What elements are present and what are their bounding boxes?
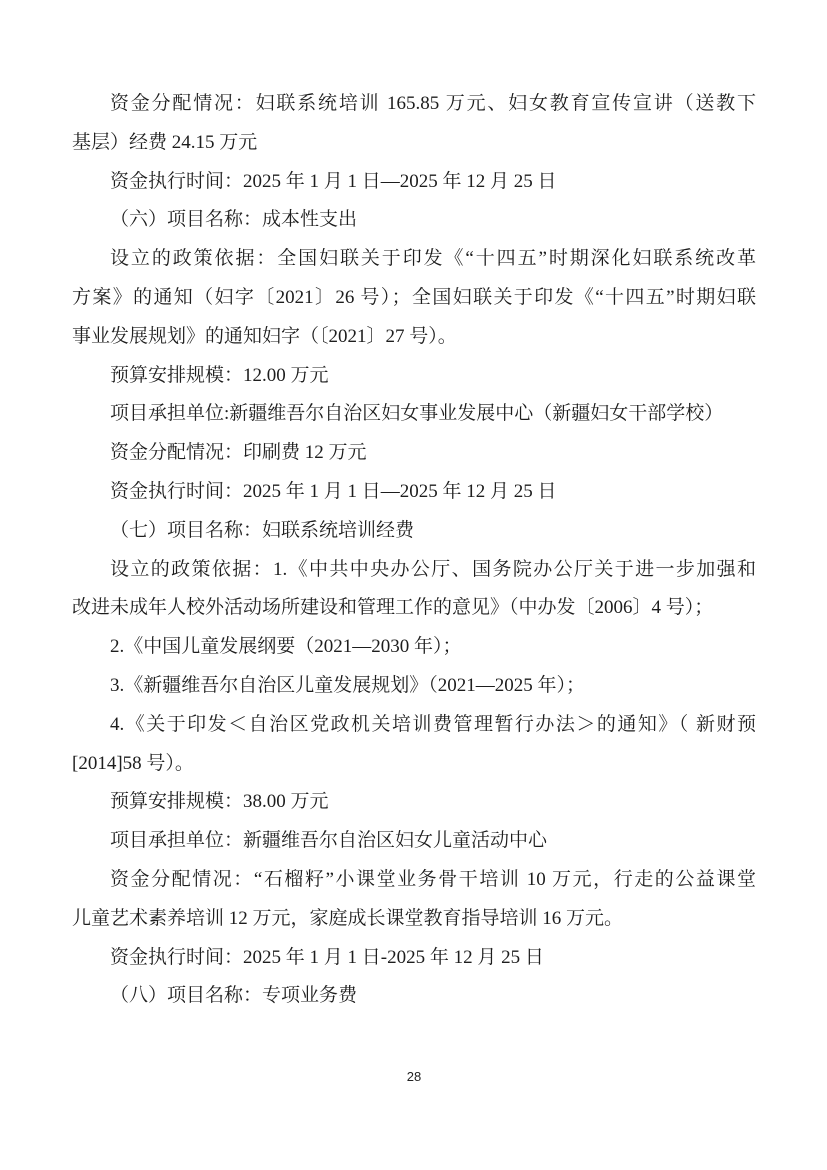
document-line-17: 4.《关于印发＜自治区党政机关培训费管理暂行办法＞的通知》（ 新财预 xyxy=(72,706,756,745)
document-line-23: 资金执行时间：2025 年 1 月 1 日-2025 年 12 月 25 日 xyxy=(72,939,756,978)
document-line-4: （六）项目名称：成本性支出 xyxy=(72,201,756,240)
document-line-20: 项目承担单位：新疆维吾尔自治区妇女儿童活动中心 xyxy=(72,822,756,861)
document-line-5: 设立的政策依据：全国妇联关于印发《“十四五”时期深化妇联系统改革 xyxy=(72,240,756,279)
document-line-19: 预算安排规模：38.00 万元 xyxy=(72,783,756,822)
document-line-9: 项目承担单位:新疆维吾尔自治区妇女事业发展中心（新疆妇女干部学校） xyxy=(72,395,756,434)
document-line-12: （七）项目名称：妇联系统培训经费 xyxy=(72,512,756,551)
document-body: 资金分配情况：妇联系统培训 165.85 万元、妇女教育宣传宣讲（送教下基层）经… xyxy=(72,85,756,1016)
document-line-21: 资金分配情况：“石榴籽”小课堂业务骨干培训 10 万元，行走的公益课堂 xyxy=(72,861,756,900)
document-line-8: 预算安排规模：12.00 万元 xyxy=(72,357,756,396)
document-line-1: 资金分配情况：妇联系统培训 165.85 万元、妇女教育宣传宣讲（送教下 xyxy=(72,85,756,124)
document-line-13: 设立的政策依据：1.《中共中央办公厅、国务院办公厅关于进一步加强和 xyxy=(72,551,756,590)
document-line-2: 基层）经费 24.15 万元 xyxy=(72,124,756,163)
document-line-3: 资金执行时间：2025 年 1 月 1 日—2025 年 12 月 25 日 xyxy=(72,163,756,202)
document-page: 资金分配情况：妇联系统培训 165.85 万元、妇女教育宣传宣讲（送教下基层）经… xyxy=(0,0,827,1170)
document-line-24: （八）项目名称：专项业务费 xyxy=(72,977,756,1016)
document-line-10: 资金分配情况：印刷费 12 万元 xyxy=(72,434,756,473)
document-line-7: 事业发展规划》的通知妇字（〔2021〕27 号）。 xyxy=(72,318,756,357)
document-line-18: [2014]58 号）。 xyxy=(72,745,756,784)
document-line-14: 改进未成年人校外活动场所建设和管理工作的意见》（中办发〔2006〕4 号）； xyxy=(72,589,756,628)
document-line-15: 2.《中国儿童发展纲要（2021—2030 年）； xyxy=(72,628,756,667)
page-number: 28 xyxy=(407,1069,421,1084)
document-line-6: 方案》的通知（妇字〔2021〕26 号）；全国妇联关于印发《“十四五”时期妇联 xyxy=(72,279,756,318)
document-line-16: 3.《新疆维吾尔自治区儿童发展规划》（2021—2025 年）； xyxy=(72,667,756,706)
document-line-11: 资金执行时间：2025 年 1 月 1 日—2025 年 12 月 25 日 xyxy=(72,473,756,512)
document-line-22: 儿童艺术素养培训 12 万元，家庭成长课堂教育指导培训 16 万元。 xyxy=(72,900,756,939)
page-footer: 28 xyxy=(72,1068,756,1086)
